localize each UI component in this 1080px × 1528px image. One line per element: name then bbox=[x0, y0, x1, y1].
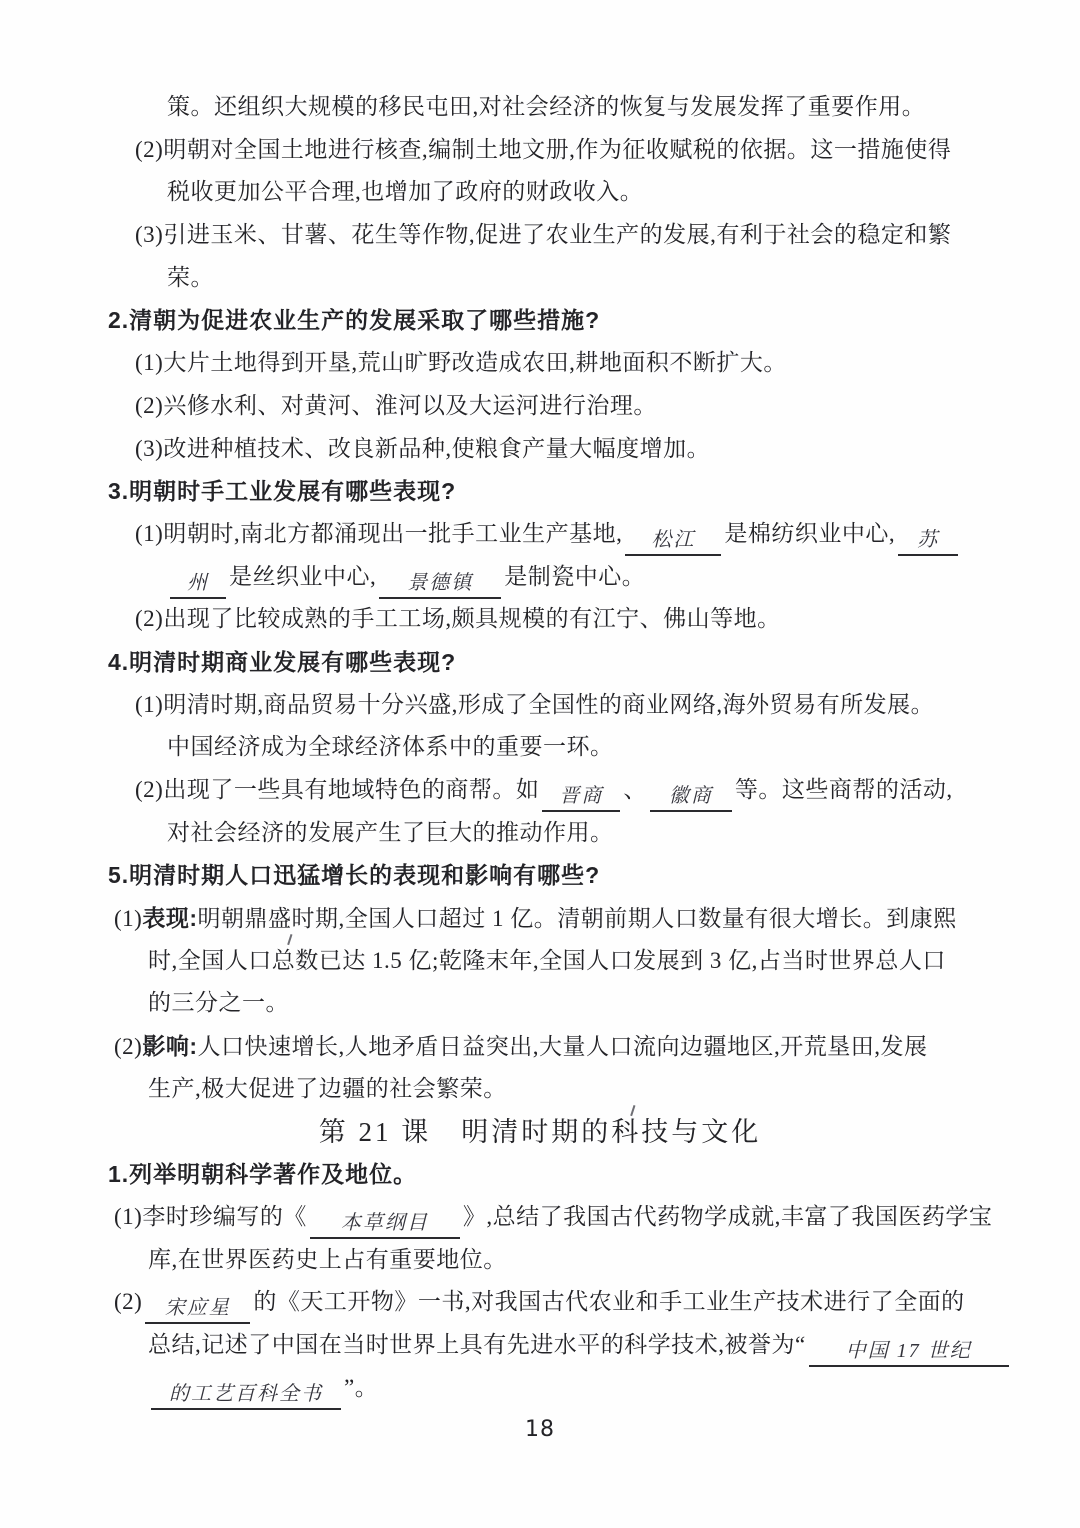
printed-text: 人口快速增长,人地矛盾日益突出,大量人口流向边疆地区,开荒垦田,发展 bbox=[198, 1034, 928, 1059]
printed-text: 、 bbox=[623, 777, 647, 802]
handwritten-answer: 的工艺百科全书 bbox=[169, 1383, 323, 1405]
document-lines: 策。还组织大规模的移民屯田,对社会经济的恢复与发展发挥了重要作用。(2)明朝对全… bbox=[0, 86, 1080, 1409]
printed-text: (2)出现了一些具有地域特色的商帮。如 bbox=[135, 777, 539, 802]
printed-text: 数已达 1.5 亿;乾隆末年,全国人口发展到 3 亿,占当时世界总人口 bbox=[295, 948, 946, 973]
answer-line: 库,在世界医药史上占有重要地位。 bbox=[148, 1239, 1080, 1282]
answer-line: (1)李时珍编写的《本草纲目》,总结了我国古代药物学成就,丰富了我国医药学宝 bbox=[114, 1196, 1080, 1239]
printed-text: (1)明清时期,商品贸易十分兴盛,形成了全国性的商业网络,海外贸易有所发展。 bbox=[135, 692, 934, 717]
printed-text: ”。 bbox=[344, 1375, 378, 1400]
question-heading: 4.明清时期商业发展有哪些表现? bbox=[108, 641, 1080, 684]
printed-text: 对社会经济的发展产生了巨大的推动作用。 bbox=[167, 820, 614, 845]
printed-text: 中国经济成为全球经济体系中的重要一环。 bbox=[167, 734, 614, 759]
printed-text: 库,在世界医药史上占有重要地位。 bbox=[148, 1247, 507, 1272]
printed-text: (2) bbox=[114, 1034, 142, 1059]
printed-text: 是丝织业中心, bbox=[229, 564, 376, 589]
printed-text: (1)李时珍编写的《 bbox=[114, 1204, 307, 1229]
answer-line: 荣。 bbox=[167, 257, 1080, 300]
bold-label: 影响: bbox=[142, 1033, 197, 1059]
handwritten-answer: 徽商 bbox=[669, 785, 713, 807]
printed-text: 等。这些商帮的活动, bbox=[735, 777, 953, 802]
printed-text: 2.清朝为促进农业生产的发展采取了哪些措施? bbox=[108, 307, 600, 333]
printed-text: 4.明清时期商业发展有哪些表现? bbox=[108, 649, 456, 675]
fill-in-blank: 州 bbox=[170, 567, 226, 599]
printed-text: 是棉纺织业中心, bbox=[724, 521, 895, 546]
fill-in-blank: 中国 17 世纪 bbox=[809, 1335, 1009, 1367]
printed-text: 的《天工开物》一书,对我国古代农业和手工业生产技术进行了全面的 bbox=[253, 1289, 964, 1314]
printed-text: (1)大片土地得到开垦,荒山旷野改造成农田,耕地面积不断扩大。 bbox=[135, 350, 787, 375]
scanned-page: 策。还组织大规模的移民屯田,对社会经济的恢复与发展发挥了重要作用。(2)明朝对全… bbox=[0, 0, 1080, 1528]
answer-line: 策。还组织大规模的移民屯田,对社会经济的恢复与发展发挥了重要作用。 bbox=[167, 86, 1080, 129]
fill-in-blank: 松江 bbox=[625, 524, 721, 556]
answer-line: 的工艺百科全书”。 bbox=[148, 1367, 1080, 1410]
answer-line: (1)表现:明朝鼎盛时期,全国人口超过 1 亿。清朝前期人口数量有很大增长。到康… bbox=[114, 897, 1080, 940]
printed-text: (2)出现了比较成熟的手工工场,颇具规模的有江宁、佛山等地。 bbox=[135, 606, 781, 631]
answer-line: 中国经济成为全球经济体系中的重要一环。 bbox=[167, 726, 1080, 769]
printed-text: 1.列举明朝科学著作及地位。 bbox=[108, 1161, 417, 1187]
answer-line: (3)改进种植技术、改良新品种,使粮食产量大幅度增加。 bbox=[135, 428, 1080, 471]
bold-label: 表现: bbox=[142, 905, 197, 931]
printed-text: 明朝鼎盛时期,全国人口超过 1 亿。清朝前期人口数量有很大增长。到康熙 bbox=[198, 906, 957, 931]
printed-text: 生产,极大促进了边疆的社会繁荣。 bbox=[148, 1076, 507, 1101]
answer-line: (1)明清时期,商品贸易十分兴盛,形成了全国性的商业网络,海外贸易有所发展。 bbox=[135, 684, 1080, 727]
printed-text: 科 bbox=[611, 1111, 641, 1154]
answer-line: (2)影响:人口快速增长,人地矛盾日益突出,大量人口流向边疆地区,开荒垦田,发展 bbox=[114, 1025, 1080, 1068]
printed-text: 是制瓷中心。 bbox=[504, 564, 645, 589]
printed-text: 3.明朝时手工业发展有哪些表现? bbox=[108, 478, 456, 504]
printed-text: 税收更加公平合理,也增加了政府的财政收入。 bbox=[167, 179, 643, 204]
question-heading: 5.明清时期人口迅猛增长的表现和影响有哪些? bbox=[108, 854, 1080, 897]
fill-in-blank: 景德镇 bbox=[379, 567, 501, 599]
printed-text: (3)引进玉米、甘薯、花生等作物,促进了农业生产的发展,有利于社会的稳定和繁 bbox=[135, 222, 951, 247]
lesson-title: 第 21 课 明清时期的科技与文化 bbox=[0, 1111, 1080, 1154]
page-number: 18 bbox=[0, 1409, 1080, 1451]
question-heading: 3.明朝时手工业发展有哪些表现? bbox=[108, 470, 1080, 513]
answer-line: (3)引进玉米、甘薯、花生等作物,促进了农业生产的发展,有利于社会的稳定和繁 bbox=[135, 214, 1080, 257]
printed-text: 策。还组织大规模的移民屯田,对社会经济的恢复与发展发挥了重要作用。 bbox=[167, 94, 925, 119]
printed-text: 第 21 课 明清时期的 bbox=[319, 1117, 612, 1147]
printed-text: 时,全国人口 bbox=[148, 948, 272, 973]
answer-line: (2)出现了一些具有地域特色的商帮。如晋商、徽商等。这些商帮的活动, bbox=[135, 769, 1080, 812]
answer-line: 生产,极大促进了边疆的社会繁荣。 bbox=[148, 1068, 1080, 1111]
answer-line: (1)明朝时,南北方都涌现出一批手工业生产基地,松江是棉纺织业中心,苏 bbox=[135, 513, 1080, 556]
printed-text: (1)明朝时,南北方都涌现出一批手工业生产基地, bbox=[135, 521, 622, 546]
answer-line: 时,全国人口总数已达 1.5 亿;乾隆末年,全国人口发展到 3 亿,占当时世界总… bbox=[148, 940, 1080, 983]
handwritten-answer: 本草纲目 bbox=[341, 1212, 429, 1234]
answer-line: (2)兴修水利、对黄河、淮河以及大运河进行治理。 bbox=[135, 385, 1080, 428]
answer-line: (2)宋应星的《天工开物》一书,对我国古代农业和手工业生产技术进行了全面的 bbox=[114, 1281, 1080, 1324]
answer-line: 总结,记述了中国在当时世界上具有先进水平的科学技术,被誉为“中国 17 世纪 bbox=[148, 1324, 1080, 1367]
printed-text: (2) bbox=[114, 1289, 142, 1314]
printed-text: 荣。 bbox=[167, 265, 214, 290]
handwritten-answer: 州 bbox=[187, 572, 209, 594]
printed-text: 总 bbox=[272, 940, 296, 983]
fill-in-blank: 晋商 bbox=[542, 780, 620, 812]
handwritten-answer: 晋商 bbox=[559, 785, 603, 807]
printed-text: 技与文化 bbox=[641, 1117, 761, 1147]
question-heading: 1.列举明朝科学著作及地位。 bbox=[108, 1153, 1080, 1196]
fill-in-blank: 的工艺百科全书 bbox=[151, 1378, 341, 1410]
answer-line: 税收更加公平合理,也增加了政府的财政收入。 bbox=[167, 171, 1080, 214]
question-heading: 2.清朝为促进农业生产的发展采取了哪些措施? bbox=[108, 299, 1080, 342]
handwritten-answer: 景德镇 bbox=[407, 572, 473, 594]
handwritten-answer: 中国 17 世纪 bbox=[846, 1340, 972, 1362]
handwritten-answer: 松江 bbox=[651, 529, 695, 551]
answer-line: (1)大片土地得到开垦,荒山旷野改造成农田,耕地面积不断扩大。 bbox=[135, 342, 1080, 385]
printed-text: (1) bbox=[114, 906, 142, 931]
answer-line: 对社会经济的发展产生了巨大的推动作用。 bbox=[167, 812, 1080, 855]
pencil-mark bbox=[281, 932, 293, 945]
answer-line: (2)出现了比较成熟的手工工场,颇具规模的有江宁、佛山等地。 bbox=[135, 598, 1080, 641]
fill-in-blank: 徽商 bbox=[650, 780, 732, 812]
printed-text: (2)明朝对全国土地进行核查,编制土地文册,作为征收赋税的依据。这一措施使得 bbox=[135, 137, 951, 162]
printed-text: 5.明清时期人口迅猛增长的表现和影响有哪些? bbox=[108, 862, 600, 888]
fill-in-blank: 苏 bbox=[898, 524, 958, 556]
printed-text: (2)兴修水利、对黄河、淮河以及大运河进行治理。 bbox=[135, 393, 657, 418]
answer-line: 的三分之一。 bbox=[148, 982, 1080, 1025]
fill-in-blank: 宋应星 bbox=[145, 1292, 250, 1324]
answer-line: (2)明朝对全国土地进行核查,编制土地文册,作为征收赋税的依据。这一措施使得 bbox=[135, 129, 1080, 172]
handwritten-answer: 宋应星 bbox=[165, 1297, 231, 1319]
handwritten-answer: 苏 bbox=[917, 529, 939, 551]
answer-line: 州是丝织业中心,景德镇是制瓷中心。 bbox=[167, 556, 1080, 599]
printed-text: 》,总结了我国古代药物学成就,丰富了我国医药学宝 bbox=[463, 1204, 993, 1229]
printed-text: 总结,记述了中国在当时世界上具有先进水平的科学技术,被誉为“ bbox=[148, 1332, 806, 1357]
printed-text: 的三分之一。 bbox=[148, 990, 289, 1015]
printed-text: (3)改进种植技术、改良新品种,使粮食产量大幅度增加。 bbox=[135, 436, 710, 461]
fill-in-blank: 本草纲目 bbox=[310, 1207, 460, 1239]
